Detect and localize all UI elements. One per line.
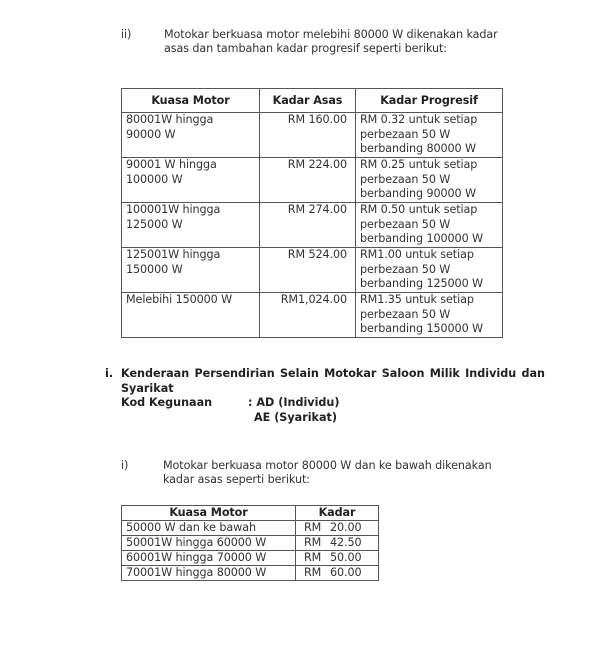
- base-rate-cell: RM 160.00: [260, 113, 356, 158]
- rate-amount: 42.50: [330, 536, 362, 549]
- power-cell: 70001W hingga 80000 W: [122, 566, 296, 581]
- progressive-line: perbezaan 50 W: [360, 263, 499, 278]
- table-header-row: Kuasa Motor Kadar: [122, 506, 379, 521]
- power-line: 90001 W hingga: [126, 158, 256, 173]
- table-row: 50001W hingga 60000 W RM42.50: [122, 536, 379, 551]
- power-cell: 90001 W hingga 100000 W: [122, 158, 260, 203]
- kod-kegunaan-label: Kod Kegunaan: [121, 396, 212, 411]
- progressive-line: RM 0.25 untuk setiap: [360, 158, 499, 173]
- header-kuasa-motor: Kuasa Motor: [122, 89, 260, 113]
- basic-rate-table: Kuasa Motor Kadar 50000 W dan ke bawah R…: [121, 505, 379, 581]
- document-page: { "section_ii": { "number": "ii)", "line…: [0, 0, 600, 654]
- power-line: 100001W hingga: [126, 203, 256, 218]
- section-i-heading-title: Kenderaan Persendirian Selain Motokar Sa…: [121, 367, 545, 396]
- section-ii-line: Motokar berkuasa motor melebihi 80000 W …: [164, 28, 498, 42]
- currency-label: RM: [304, 566, 330, 580]
- section-i-number: i): [121, 459, 128, 473]
- kod-kegunaan-value-syarikat: AE (Syarikat): [254, 411, 337, 426]
- base-rate-cell: RM 224.00: [260, 158, 356, 203]
- rate-cell: RM50.00: [296, 551, 379, 566]
- power-line: 125001W hingga: [126, 248, 256, 263]
- progressive-line: perbezaan 50 W: [360, 128, 499, 143]
- power-cell: 100001W hingga 125000 W: [122, 203, 260, 248]
- rate-amount: 50.00: [330, 551, 362, 564]
- progressive-rate-table: Kuasa Motor Kadar Asas Kadar Progresif 8…: [121, 88, 503, 338]
- progressive-line: RM 0.50 untuk setiap: [360, 203, 499, 218]
- table-row: 60001W hingga 70000 W RM50.00: [122, 551, 379, 566]
- section-ii-line: asas dan tambahan kadar progresif sepert…: [164, 42, 498, 56]
- power-cell: 80001W hingga 90000 W: [122, 113, 260, 158]
- power-cell: Melebihi 150000 W: [122, 293, 260, 338]
- progressive-line: berbanding 80000 W: [360, 142, 499, 157]
- progressive-line: berbanding 100000 W: [360, 232, 499, 247]
- section-ii-text: Motokar berkuasa motor melebihi 80000 W …: [164, 28, 498, 56]
- progressive-cell: RM 0.50 untuk setiap perbezaan 50 W berb…: [356, 203, 503, 248]
- kod-kegunaan-value-individu: : AD (Individu): [248, 396, 340, 411]
- table-row: 50000 W dan ke bawah RM20.00: [122, 521, 379, 536]
- currency-label: RM: [304, 536, 330, 550]
- base-rate-cell: RM1,024.00: [260, 293, 356, 338]
- progressive-line: perbezaan 50 W: [360, 173, 499, 188]
- table-row: 70001W hingga 80000 W RM60.00: [122, 566, 379, 581]
- section-i-line: Motokar berkuasa motor 80000 W dan ke ba…: [163, 459, 492, 473]
- header-kadar-asas: Kadar Asas: [260, 89, 356, 113]
- power-cell: 60001W hingga 70000 W: [122, 551, 296, 566]
- header-kadar-progresif: Kadar Progresif: [356, 89, 503, 113]
- rate-amount: 20.00: [330, 521, 362, 534]
- section-ii-paragraph: ii) Motokar berkuasa motor melebihi 8000…: [121, 28, 551, 58]
- table-header-row: Kuasa Motor Kadar Asas Kadar Progresif: [122, 89, 503, 113]
- rate-cell: RM20.00: [296, 521, 379, 536]
- power-line: 80001W hingga: [126, 113, 256, 128]
- power-line: 150000 W: [126, 263, 256, 278]
- section-i-heading-number: i.: [105, 367, 113, 382]
- currency-label: RM: [304, 551, 330, 565]
- rate-cell: RM60.00: [296, 566, 379, 581]
- base-rate-cell: RM 524.00: [260, 248, 356, 293]
- power-cell: 50000 W dan ke bawah: [122, 521, 296, 536]
- power-cell: 50001W hingga 60000 W: [122, 536, 296, 551]
- section-i-paragraph: i) Motokar berkuasa motor 80000 W dan ke…: [121, 459, 551, 489]
- base-rate-cell: RM 274.00: [260, 203, 356, 248]
- rate-cell: RM42.50: [296, 536, 379, 551]
- power-line: 90000 W: [126, 128, 256, 143]
- table-row: Melebihi 150000 W RM1,024.00 RM1.35 untu…: [122, 293, 503, 338]
- progressive-line: RM 0.32 untuk setiap: [360, 113, 499, 128]
- table-row: 100001W hingga 125000 W RM 274.00 RM 0.5…: [122, 203, 503, 248]
- power-line: 100000 W: [126, 173, 256, 188]
- section-ii-number: ii): [121, 28, 131, 42]
- progressive-line: perbezaan 50 W: [360, 218, 499, 233]
- section-i-line: kadar asas seperti berikut:: [163, 473, 492, 487]
- header-kuasa-motor: Kuasa Motor: [122, 506, 296, 521]
- progressive-line: berbanding 150000 W: [360, 322, 499, 337]
- table-row: 80001W hingga 90000 W RM 160.00 RM 0.32 …: [122, 113, 503, 158]
- progressive-line: berbanding 90000 W: [360, 187, 499, 202]
- header-kadar: Kadar: [296, 506, 379, 521]
- progressive-line: RM1.00 untuk setiap: [360, 248, 499, 263]
- currency-label: RM: [304, 521, 330, 535]
- table-row: 125001W hingga 150000 W RM 524.00 RM1.00…: [122, 248, 503, 293]
- power-line: Melebihi 150000 W: [126, 293, 256, 308]
- section-i-text: Motokar berkuasa motor 80000 W dan ke ba…: [163, 459, 492, 487]
- progressive-cell: RM 0.25 untuk setiap perbezaan 50 W berb…: [356, 158, 503, 203]
- power-line: 125000 W: [126, 218, 256, 233]
- progressive-cell: RM1.00 untuk setiap perbezaan 50 W berba…: [356, 248, 503, 293]
- power-cell: 125001W hingga 150000 W: [122, 248, 260, 293]
- progressive-line: RM1.35 untuk setiap: [360, 293, 499, 308]
- progressive-line: berbanding 125000 W: [360, 277, 499, 292]
- progressive-cell: RM 0.32 untuk setiap perbezaan 50 W berb…: [356, 113, 503, 158]
- progressive-line: perbezaan 50 W: [360, 308, 499, 323]
- table-row: 90001 W hingga 100000 W RM 224.00 RM 0.2…: [122, 158, 503, 203]
- progressive-cell: RM1.35 untuk setiap perbezaan 50 W berba…: [356, 293, 503, 338]
- rate-amount: 60.00: [330, 566, 362, 579]
